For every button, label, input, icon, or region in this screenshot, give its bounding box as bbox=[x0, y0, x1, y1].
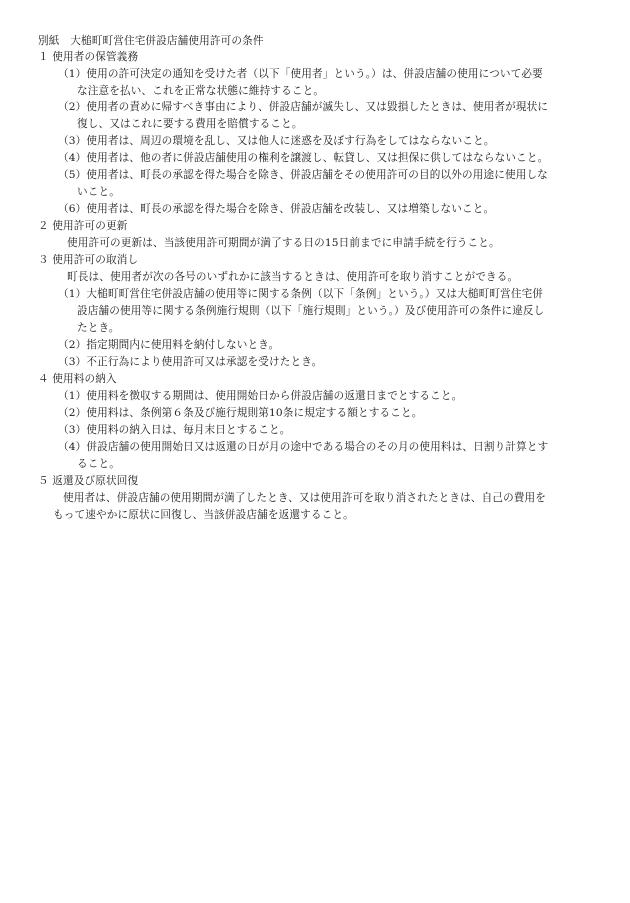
section-1-item-1-line-1: （1）使用の許可決定の通知を受けた者（以下「使用者」という。）は、併設店舗の使用… bbox=[58, 67, 543, 81]
section-5-body-line-1: 使用者は、併設店舗の使用期間が満了したとき、又は使用許可を取り消されたときは、自… bbox=[63, 491, 546, 505]
section-3-item-1-line-2: 設店舗の使用等に関する条例施行規則（以下「施行規則」という。）及び使用許可の条件… bbox=[77, 304, 544, 318]
section-3-heading: ３ 使用許可の取消し bbox=[38, 253, 138, 267]
section-1-item-3: （3）使用者は、周辺の環境を乱し、又は他人に迷惑を及ぼす行為をしてはならないこと… bbox=[58, 134, 495, 148]
section-5-body-line-2: もって速やかに原状に回復し、当該併設店舗を返還すること。 bbox=[53, 508, 354, 522]
section-1-heading: １ 使用者の保管義務 bbox=[38, 50, 138, 64]
section-1-item-4: （4）使用者は、他の者に併設店舗使用の権利を譲渡し、転貸し、又は担保に供してはな… bbox=[58, 151, 548, 165]
section-1-item-6: （6）使用者は、町長の承認を得た場合を除き、併設店舗を改装し、又は増築しないこと… bbox=[58, 202, 494, 216]
section-1-item-5-line-2: いこと。 bbox=[77, 185, 120, 199]
section-4-item-4-line-2: ること。 bbox=[77, 457, 120, 471]
section-1-item-2-line-1: （2）使用者の責めに帰すべき事由により、併設店舗が滅失し、又は毀損したときは、使… bbox=[58, 100, 548, 114]
section-3-item-1-line-1: （1）大槌町町営住宅併設店舗の使用等に関する条例（以下「条例」という。）又は大槌… bbox=[58, 287, 543, 301]
section-2-body: 使用許可の更新は、当該使用許可期間が満了する日の15日前までに申請手続を行うこと… bbox=[67, 236, 500, 250]
section-3-item-3: （3）不正行為により使用許可又は承認を受けたとき。 bbox=[58, 355, 322, 369]
section-2-heading: ２ 使用許可の更新 bbox=[38, 219, 127, 233]
section-3-body: 町長は、使用者が次の各号のいずれかに該当するときは、使用許可を取り消すことができ… bbox=[67, 270, 518, 284]
section-3-item-2: （2）指定期間内に使用料を納付しないとき。 bbox=[58, 338, 279, 352]
section-4-item-4-line-1: （4）併設店舗の使用開始日又は返還の日が月の途中である場合のその月の使用料は、日… bbox=[58, 440, 548, 454]
section-4-item-3: （3）使用料の納入日は、毎月末日とすること。 bbox=[58, 423, 291, 437]
section-3-item-1-line-3: たとき。 bbox=[77, 321, 120, 335]
section-5-heading: ５ 返還及び原状回復 bbox=[38, 474, 138, 488]
section-4-item-2: （2）使用料は、条例第６条及び施行規則第10条に規定する額とすること。 bbox=[58, 406, 422, 420]
section-1-item-1-line-2: な注意を払い、これを正常な状態に維持すること。 bbox=[77, 84, 324, 98]
section-1-item-5-line-1: （5）使用者は、町長の承認を得た場合を除き、併設店舗をその使用許可の目的以外の用… bbox=[58, 168, 548, 182]
section-4-item-1: （1）使用料を徴収する期間は、使用開始日から併設店舗の返還日までとすること。 bbox=[58, 389, 462, 403]
section-4-heading: ４ 使用料の納入 bbox=[38, 372, 117, 386]
document-title: 別紙 大槌町町営住宅併設店舗使用許可の条件 bbox=[38, 34, 264, 48]
document-page: 別紙 大槌町町営住宅併設店舗使用許可の条件 １ 使用者の保管義務 （1）使用の許… bbox=[0, 0, 630, 903]
section-1-item-2-line-2: 復し、又はこれに要する費用を賠償すること。 bbox=[77, 117, 303, 131]
